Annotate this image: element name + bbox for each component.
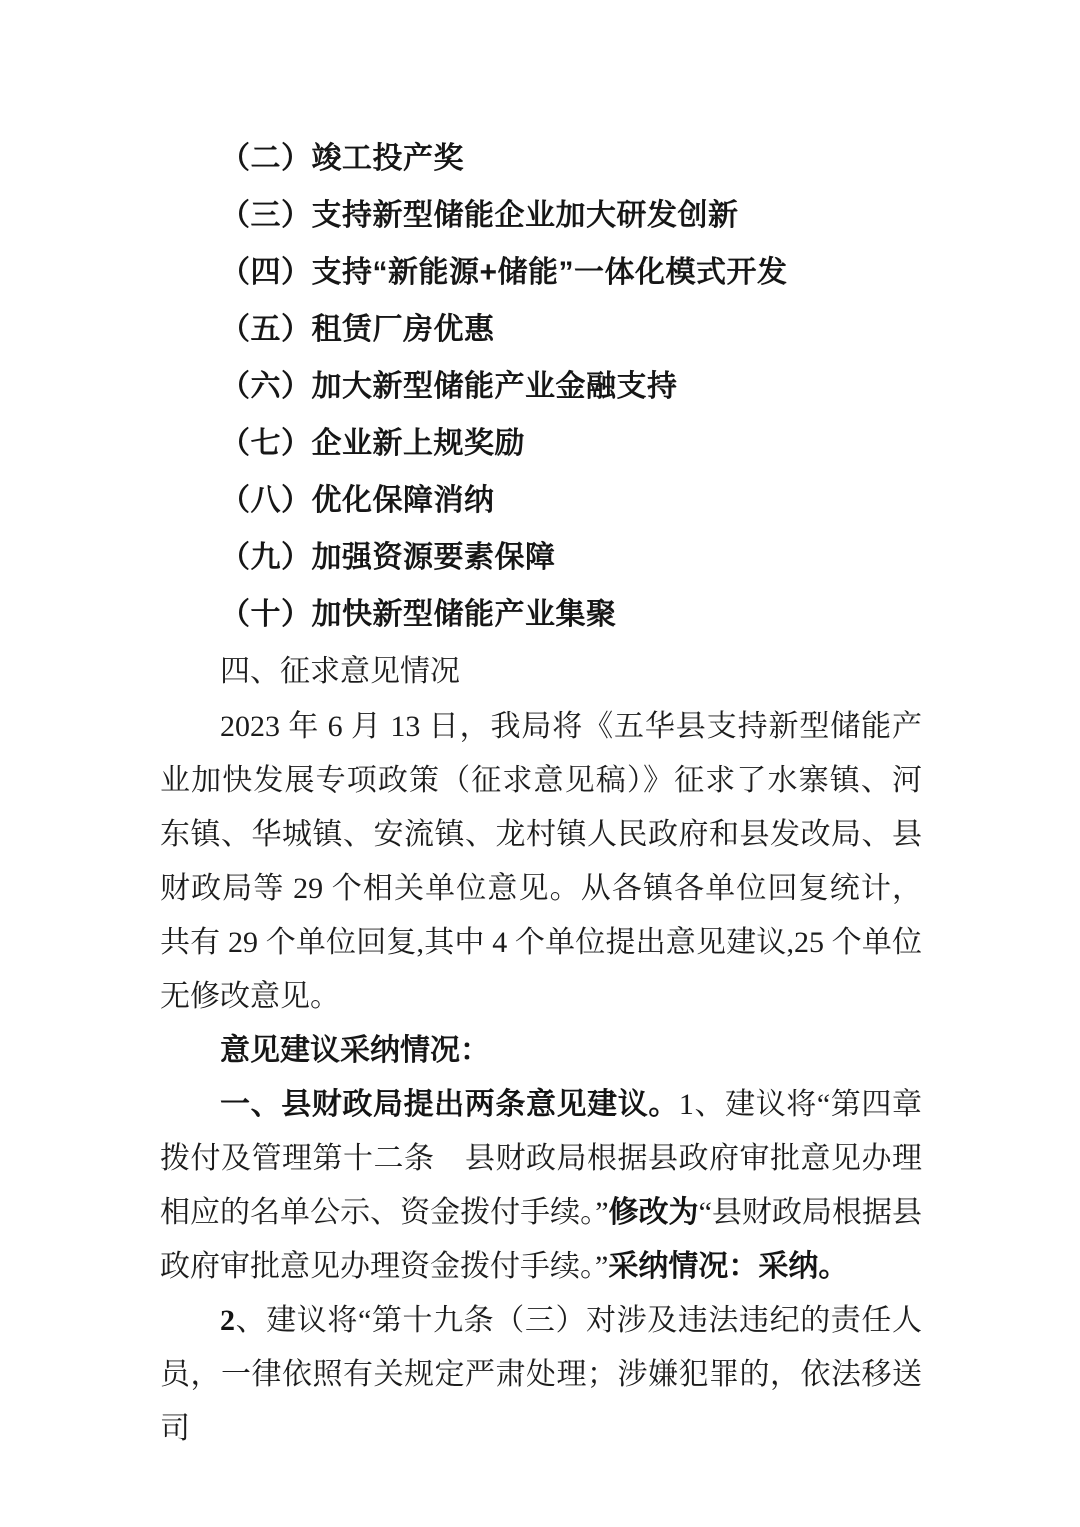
suggestion1-adoption-result: 采纳情况：采纳。 bbox=[608, 1250, 848, 1283]
outline-item-4: （四）支持“新能源+储能”一体化模式开发 bbox=[160, 244, 922, 301]
outline-item-7: （七）企业新上规奖励 bbox=[160, 415, 922, 472]
document-page: （二）竣工投产奖 （三）支持新型储能企业加大研发创新 （四）支持“新能源+储能”… bbox=[0, 0, 1080, 1527]
suggestion1-modify-label: 修改为 bbox=[609, 1196, 699, 1229]
section-title-consultation: 四、征求意见情况 bbox=[160, 643, 922, 700]
outline-item-9: （九）加强资源要素保障 bbox=[160, 529, 922, 586]
outline-item-2: （二）竣工投产奖 bbox=[160, 130, 922, 187]
outline-item-8: （八）优化保障消纳 bbox=[160, 472, 922, 529]
suggestion1-lead-bold: 一、县财政局提出两条意见建议。 bbox=[220, 1088, 679, 1121]
document-content: （二）竣工投产奖 （三）支持新型储能企业加大研发创新 （四）支持“新能源+储能”… bbox=[160, 130, 922, 1456]
paragraph-suggestion-1: 一、县财政局提出两条意见建议。1、建议将“第四章 拨付及管理第十二条 县财政局根… bbox=[160, 1078, 922, 1294]
suggestion2-number: 2 bbox=[220, 1304, 235, 1337]
outline-item-5: （五）租赁厂房优惠 bbox=[160, 301, 922, 358]
adoption-status-title: 意见建议采纳情况： bbox=[160, 1024, 922, 1078]
suggestion2-text: 、建议将“第十九条（三）对涉及违法违纪的责任人员，一律依照有关规定严肃处理；涉嫌… bbox=[160, 1304, 922, 1445]
outline-list: （二）竣工投产奖 （三）支持新型储能企业加大研发创新 （四）支持“新能源+储能”… bbox=[160, 130, 922, 643]
outline-item-10: （十）加快新型储能产业集聚 bbox=[160, 586, 922, 643]
paragraph-consultation: 2023 年 6 月 13 日，我局将《五华县支持新型储能产业加快发展专项政策（… bbox=[160, 700, 922, 1024]
outline-item-3: （三）支持新型储能企业加大研发创新 bbox=[160, 187, 922, 244]
outline-item-6: （六）加大新型储能产业金融支持 bbox=[160, 358, 922, 415]
paragraph-suggestion-2: 2、建议将“第十九条（三）对涉及违法违纪的责任人员，一律依照有关规定严肃处理；涉… bbox=[160, 1294, 922, 1456]
